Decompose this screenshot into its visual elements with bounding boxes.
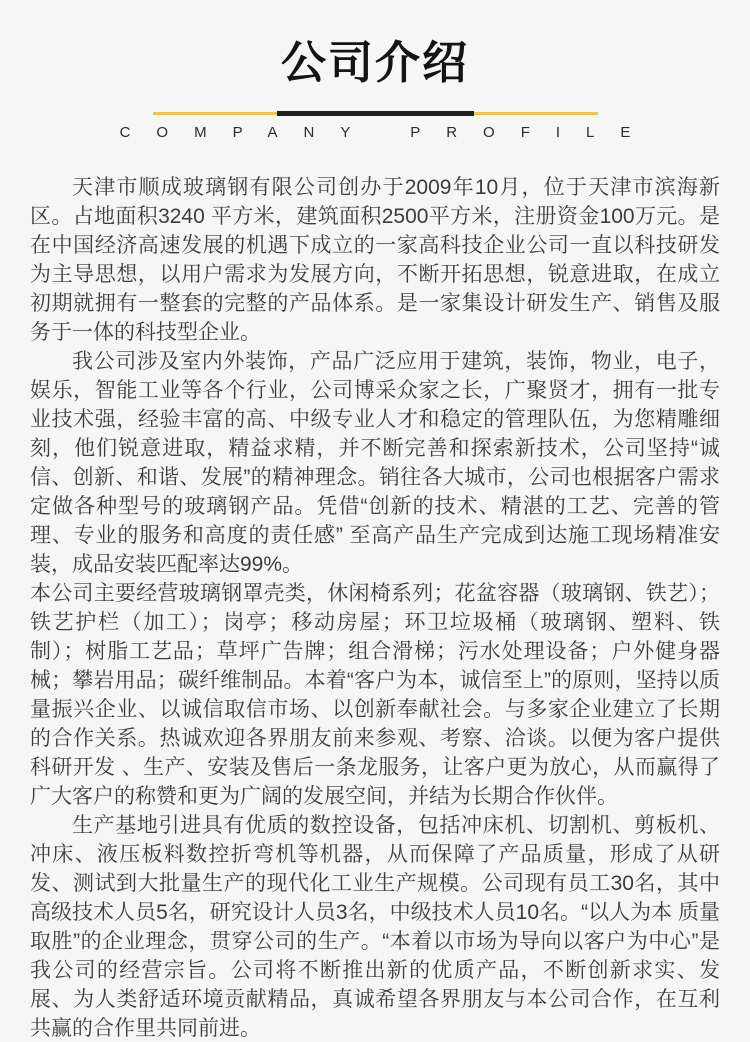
divider-gold-right-segment	[474, 112, 598, 115]
title-divider	[153, 111, 598, 116]
page-title: 公司介绍	[0, 0, 750, 88]
page-subtitle: COMPANY PROFILE	[0, 125, 750, 141]
divider-black-center-segment	[277, 111, 474, 116]
paragraph-business-scope: 我公司涉及室内外装饰，产品广泛应用于建筑，装饰，物业，电子，娱乐，智能工业等各个…	[30, 347, 720, 579]
paragraph-company-founding: 天津市顺成玻璃钢有限公司创办于2009年10月，位于天津市滨海新区。占地面积32…	[30, 173, 720, 347]
company-introduction-text: 天津市顺成玻璃钢有限公司创办于2009年10月，位于天津市滨海新区。占地面积32…	[30, 173, 720, 1042]
company-profile-page: 公司介绍 COMPANY PROFILE 天津市顺成玻璃钢有限公司创办于2009…	[0, 0, 750, 1042]
paragraph-main-products: 本公司主要经营玻璃钢罩壳类，休闲椅系列；花盆容器（玻璃钢、铁艺）；铁艺护栏（加工…	[30, 579, 720, 811]
divider-gold-left-segment	[153, 112, 277, 115]
paragraph-production-base: 生产基地引进具有优质的数控设备，包括冲床机、切割机、剪板机、冲床、液压板料数控折…	[30, 811, 720, 1042]
page-header: 公司介绍 COMPANY PROFILE	[0, 0, 750, 141]
